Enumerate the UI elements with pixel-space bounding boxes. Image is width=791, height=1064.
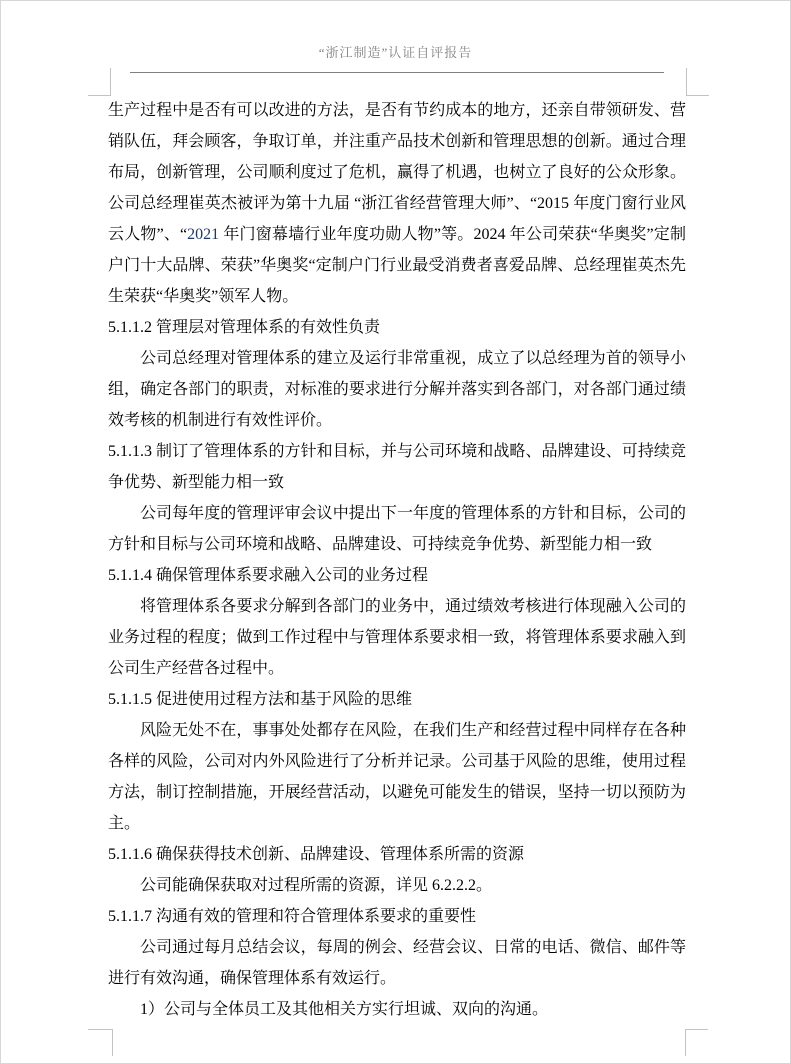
text-run: 公司总经理对管理体系的建立及运行非常重视，成立了以总经理为首的领导小组，确定各部… [108,350,686,429]
section-heading: 5.1.1.3 制订了管理体系的方针和目标，并与公司环境和战略、品牌建设、可持续… [108,436,686,498]
paragraph: 1）公司与全体员工及其他相关方实行坦诚、双向的沟通。 [108,994,686,1025]
crop-mark-top-right [686,68,709,96]
section-heading: 5.1.1.7 沟通有效的管理和符合管理体系要求的重要性 [108,901,686,932]
text-run: 5.1.1.6 确保获得技术创新、品牌建设、管理体系所需的资源 [108,846,524,863]
text-run: 公司能确保获取对过程所需的资源，详见 6.2.2.2。 [140,877,492,894]
text-run: 5.1.1.7 沟通有效的管理和符合管理体系要求的重要性 [108,908,476,925]
document-page: “浙江制造”认证自评报告 生产过程中是否有可以改进的方法，是否有节约成本的地方，… [0,0,791,1064]
text-run: 5.1.1.2 管理层对管理体系的有效性负责 [108,319,380,336]
document-body: 生产过程中是否有可以改进的方法，是否有节约成本的地方，还亲自带领研发、营销队伍，… [108,95,686,1025]
highlighted-year: 2021 [187,226,219,243]
crop-mark-bottom-right [685,1029,708,1056]
paragraph: 公司通过每月总结会议，每周的例会、经营会议、日常的电话、微信、邮件等进行有效沟通… [108,932,686,994]
crop-mark-bottom-left [88,1029,113,1056]
header-rule [130,72,664,73]
paragraph: 将管理体系各要求分解到各部门的业务中，通过绩效考核进行体现融入公司的业务过程的程… [108,591,686,684]
text-run: 生产过程中是否有可以改进的方法，是否有节约成本的地方，还亲自带领研发、营销队伍，… [108,102,686,243]
text-run: 1）公司与全体员工及其他相关方实行坦诚、双向的沟通。 [140,1001,548,1018]
text-run: 将管理体系各要求分解到各部门的业务中，通过绩效考核进行体现融入公司的业务过程的程… [108,598,686,677]
paragraph: 公司总经理对管理体系的建立及运行非常重视，成立了以总经理为首的领导小组，确定各部… [108,343,686,436]
crop-mark-top-left [88,68,111,96]
section-heading: 5.1.1.2 管理层对管理体系的有效性负责 [108,312,686,343]
text-run: 5.1.1.3 制订了管理体系的方针和目标，并与公司环境和战略、品牌建设、可持续… [108,443,686,491]
text-run: 公司通过每月总结会议，每周的例会、经营会议、日常的电话、微信、邮件等进行有效沟通… [108,939,686,987]
section-heading: 5.1.1.4 确保管理体系要求融入公司的业务过程 [108,560,686,591]
page-header-title: “浙江制造”认证自评报告 [0,42,791,61]
text-run: 公司每年度的管理评审会议中提出下一年度的管理体系的方针和目标，公司的方针和目标与… [108,505,686,553]
paragraph: 风险无处不在，事事处处都存在风险，在我们生产和经营过程中同样存在各种各样的风险，… [108,715,686,839]
paragraph: 公司能确保获取对过程所需的资源，详见 6.2.2.2。 [108,870,686,901]
section-heading: 5.1.1.5 促进使用过程方法和基于风险的思维 [108,684,686,715]
text-run: 风险无处不在，事事处处都存在风险，在我们生产和经营过程中同样存在各种各样的风险，… [108,722,686,832]
text-run: 5.1.1.5 促进使用过程方法和基于风险的思维 [108,691,412,708]
text-run: 5.1.1.4 确保管理体系要求融入公司的业务过程 [108,567,428,584]
paragraph: 生产过程中是否有可以改进的方法，是否有节约成本的地方，还亲自带领研发、营销队伍，… [108,95,686,312]
paragraph: 公司每年度的管理评审会议中提出下一年度的管理体系的方针和目标，公司的方针和目标与… [108,498,686,560]
section-heading: 5.1.1.6 确保获得技术创新、品牌建设、管理体系所需的资源 [108,839,686,870]
